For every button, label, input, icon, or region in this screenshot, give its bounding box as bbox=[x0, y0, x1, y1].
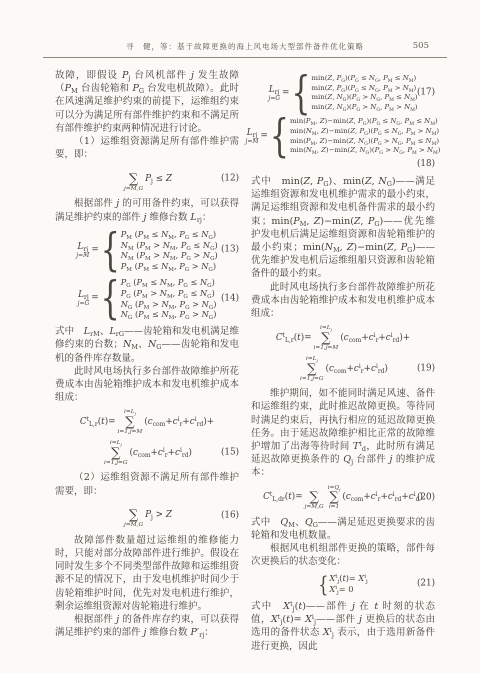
summation-symbol: i=Lj∑i=1,j=M bbox=[118, 409, 143, 435]
equation-number: (15) bbox=[221, 447, 239, 460]
summation-symbol: ∑j=M,G bbox=[124, 166, 143, 192]
equation: Lrjj=M={min(PM, Z)−min(Z, PG)(PG ≤ NG, P… bbox=[251, 117, 435, 155]
sum-lower-limit: j=M,G bbox=[305, 504, 324, 511]
cases-rows: PG (PM ≤ NM, PG ≤ NG)PG (PM > NM, PG ≤ N… bbox=[121, 277, 217, 320]
sigma-glyph: ∑ bbox=[309, 491, 318, 504]
sum-lower-limit: i=1 bbox=[329, 504, 339, 511]
math-text: CtL,r(t)= bbox=[276, 333, 312, 344]
equation: {Xtj(t)= XijXij= 0(21) bbox=[251, 573, 435, 595]
cases-label: Lrjj=M bbox=[246, 128, 259, 145]
cases-row: PG (PM ≤ NM, PG ≤ NG) bbox=[121, 277, 217, 288]
left-brace: { bbox=[101, 242, 120, 259]
left-brace: { bbox=[101, 290, 120, 307]
equation: CtL,r(t)= i=Lj∑i=1,j=M (ccom+cir+cird)+ bbox=[55, 409, 239, 435]
sigma-glyph: ∑ bbox=[125, 416, 134, 429]
cases-rows: PM (PM ≤ NM, PG ≤ NG)NM (PM > NM, PG ≤ N… bbox=[121, 229, 218, 272]
equation: i=Lj∑i=1,j=G (ccom+cir+cird)(19) bbox=[251, 356, 435, 382]
equals-sign: = bbox=[261, 131, 268, 142]
left-column: 故障，即假设 Pj 台风机部件 j 发生故障（PM 台齿轮箱和 PG 台发电机故… bbox=[55, 69, 239, 653]
equation: ∑j=M,G Pj > Z(16) bbox=[55, 503, 239, 529]
left-brace: { bbox=[318, 577, 328, 592]
sigma-glyph: ∑ bbox=[129, 173, 138, 186]
cases-row: NM (PM > NM, PG ≤ NG) bbox=[121, 240, 218, 251]
cases-rows: min(Z, PG)(PG ≤ NG, PM ≤ NM)min(Z, PG)(P… bbox=[312, 74, 418, 112]
cases-label-condition: j=M bbox=[76, 253, 89, 259]
cases-label: Lrjj=G bbox=[268, 85, 280, 102]
sigma-glyph: ∑ bbox=[129, 509, 138, 522]
paragraph: （1）运维组资源满足所有部件维护需要，即： bbox=[55, 135, 239, 161]
equation: i=Lj∑i=1,j=G (ccom+cir+cird)(15) bbox=[55, 440, 239, 466]
equation-number: (21) bbox=[417, 578, 435, 591]
cases-expression: Lrjj=M={min(PM, Z)−min(Z, PG)(PG ≤ NG, P… bbox=[246, 117, 441, 155]
math-text: (ccom+cir+cird+cid) bbox=[342, 492, 423, 503]
equation-body: CtL,r(t)= i=Lj∑i=1,j=M (ccom+cir+cird)+ bbox=[80, 409, 214, 435]
equals-sign: = bbox=[91, 245, 98, 256]
math-text: (ccom+cir+cird) bbox=[130, 448, 192, 459]
equation-body: Lrjj=M={min(PM, Z)−min(Z, PG)(PG ≤ NG, P… bbox=[246, 117, 441, 155]
cases-expression: Lrjj=G={PG (PM ≤ NM, PG ≤ NG)PG (PM > NM… bbox=[78, 277, 217, 320]
equation-body: CtL,dr(t)= ∑j=M,Gi=Qj∑i=1 (ccom+cir+cird… bbox=[263, 485, 423, 511]
sigma-glyph: ∑ bbox=[111, 447, 120, 460]
equation: CtL,r(t)= i=Lj∑i=1,j=M (ccom+cir+cird)+ bbox=[251, 325, 435, 351]
math-text: CtL,r(t)= bbox=[80, 417, 116, 428]
equals-sign: = bbox=[91, 293, 98, 304]
math-text: (ccom+cir+cird) bbox=[326, 364, 388, 375]
sum-lower-limit: j=M,G bbox=[124, 186, 143, 193]
header-rule bbox=[43, 57, 447, 58]
equation-number: (16) bbox=[221, 509, 239, 522]
math-text: Pj > Z bbox=[145, 510, 172, 521]
paragraph: 根据部件 j 的备件库存约束，可以获得满足维护约束的部件 j 维修台数 P′rj… bbox=[55, 613, 239, 639]
paragraph: 故障部件数量超过运维组的维修能力时，只能对部分故障部件进行维护。假设在同时发生多… bbox=[55, 534, 239, 613]
equation-body: ∑j=M,G Pj > Z bbox=[122, 503, 172, 529]
equation: CtL,dr(t)= ∑j=M,Gi=Qj∑i=1 (ccom+cir+cird… bbox=[251, 485, 435, 511]
paragraph: 此时风电场执行多台部件故障维护所花费成本由齿轮箱维护成本和发电机维护成本组成： bbox=[55, 365, 239, 405]
cases-row: min(Z, NG)(PG > NG, PM ≤ NM) bbox=[312, 93, 418, 103]
summation-symbol: i=Lj∑i=1,j=M bbox=[314, 325, 339, 351]
equation: ∑j=M,G Pj ≤ Z(12) bbox=[55, 166, 239, 192]
cases-row: min(Z, NG)(PG > NG, PM > NM) bbox=[312, 103, 418, 113]
paragraph: 维护期间，如不能同时满足风速、备件和运维组约束，此时推迟故障更换。等待同时满足约… bbox=[251, 387, 435, 479]
two-column-body: 故障，即假设 Pj 台风机部件 j 发生故障（PM 台齿轮箱和 PG 台发电机故… bbox=[55, 69, 435, 653]
equation-body: Lrjj=M={PM (PM ≤ NM, PG ≤ NG)NM (PM > NM… bbox=[76, 229, 217, 272]
left-brace: { bbox=[291, 85, 310, 102]
cases-row: PG (PM > NM, PG ≤ NG) bbox=[121, 288, 217, 299]
cases-row: min(Z, PG)(PG ≤ NG, PM > NM) bbox=[312, 84, 418, 94]
summation-symbol: i=Lj∑i=1,j=G bbox=[104, 440, 128, 466]
equation-body: Lrjj=G={min(Z, PG)(PG ≤ NG, PM ≤ NM)min(… bbox=[268, 74, 417, 112]
cases-expression: {Xtj(t)= XijXij= 0 bbox=[318, 573, 368, 595]
equation-body: i=Lj∑i=1,j=G (ccom+cir+cird) bbox=[102, 440, 192, 466]
math-text: Pj ≤ Z bbox=[145, 174, 172, 185]
cases-row: PM (PM ≤ NM, PG ≤ NG) bbox=[121, 229, 218, 240]
cases-label-condition: j=G bbox=[268, 96, 280, 102]
equation: Lrjj=G={PG (PM ≤ NM, PG ≤ NG)PG (PM > NM… bbox=[55, 277, 239, 320]
paragraph: 此时风电场执行多台部件故障维护所花费成本由齿轮箱维护成本和发电机维护成本组成： bbox=[251, 281, 435, 321]
sum-lower-limit: i=1,j=M bbox=[314, 345, 339, 352]
cases-row: min(PM, Z)−min(Z, NG)(PG > NG, PM ≤ NM) bbox=[290, 137, 440, 147]
summation-symbol: i=Qj∑i=1 bbox=[328, 485, 341, 511]
cases-row: Xij= 0 bbox=[329, 584, 367, 595]
equation-number: (19) bbox=[417, 363, 435, 376]
math-text: (ccom+cir+cird)+ bbox=[340, 333, 410, 344]
cases-rows: Xtj(t)= XijXij= 0 bbox=[329, 573, 367, 595]
cases-expression: Lrjj=M={PM (PM ≤ NM, PG ≤ NG)NM (PM > NM… bbox=[76, 229, 217, 272]
paragraph: 故障，即假设 Pj 台风机部件 j 发生故障（PM 台齿轮箱和 PG 台发电机故… bbox=[55, 69, 239, 135]
running-header: 寻 健，等：基于故障更换的海上风电场大型部件备件优化策略 505 bbox=[55, 40, 435, 53]
cases-row: NG (PM > NM, PG > NG) bbox=[121, 299, 217, 310]
cases-row: min(NM, Z)−min(Z, PG)(PG ≤ NG, PM > NM) bbox=[290, 127, 440, 137]
cases-row: NG (PM ≤ NM, PG > NG) bbox=[121, 309, 217, 320]
sum-lower-limit: i=1,j=G bbox=[104, 460, 128, 467]
sum-lower-limit: i=1,j=M bbox=[118, 429, 143, 436]
equation-number: (12) bbox=[221, 173, 239, 186]
cases-label: Lrjj=M bbox=[76, 242, 89, 259]
cases-label-condition: j=M bbox=[246, 139, 259, 145]
equation: Lrjj=G={min(Z, PG)(PG ≤ NG, PM ≤ NM)min(… bbox=[251, 74, 435, 112]
equation-body: Lrjj=G={PG (PM ≤ NM, PG ≤ NG)PG (PM > NM… bbox=[78, 277, 217, 320]
summation-symbol: i=Lj∑i=1,j=G bbox=[300, 356, 324, 382]
left-brace: { bbox=[270, 128, 289, 145]
sum-lower-limit: j=M,G bbox=[124, 522, 143, 529]
cases-rows: min(PM, Z)−min(Z, PG)(PG ≤ NG, PM ≤ NM)m… bbox=[290, 117, 440, 155]
cases-row: min(NM, Z)−min(Z, NG)(PG > NG, PM > NM) bbox=[290, 146, 440, 156]
running-head-title: 寻 健，等：基于故障更换的海上风电场大型部件备件优化策略 bbox=[126, 42, 364, 51]
equation-number: (13) bbox=[221, 244, 239, 257]
equation-body: i=Lj∑i=1,j=G (ccom+cir+cird) bbox=[298, 356, 388, 382]
paragraph: 式中 QM、QG——满足延迟更换要求的齿轮箱和发电机数量。 bbox=[251, 516, 435, 542]
cases-label-condition: j=G bbox=[78, 301, 90, 307]
summation-symbol: ∑j=M,G bbox=[305, 485, 324, 511]
paragraph: 式中 Xtj(t)——部件 j 在 t 时刻的状态值，Xtj(t)= Xij——… bbox=[251, 600, 435, 653]
cases-row: min(Z, PG)(PG ≤ NG, PM ≤ NM) bbox=[312, 74, 418, 84]
equation-body: CtL,r(t)= i=Lj∑i=1,j=M (ccom+cir+cird)+ bbox=[276, 325, 410, 351]
summation-symbol: ∑j=M,G bbox=[124, 503, 143, 529]
equation-body: ∑j=M,G Pj ≤ Z bbox=[122, 166, 172, 192]
math-text: (ccom+cir+cird)+ bbox=[144, 417, 214, 428]
right-column: Lrjj=G={min(Z, PG)(PG ≤ NG, PM ≤ NM)min(… bbox=[251, 69, 435, 653]
math-text: CtL,dr(t)= bbox=[263, 492, 302, 503]
equation-body: {Xtj(t)= XijXij= 0 bbox=[318, 573, 368, 595]
paragraph: 式中 min(Z, PG)、min(Z, NG)——满足运维组资源和发电机维护需… bbox=[251, 175, 435, 281]
equation-number: (17) bbox=[417, 87, 435, 100]
cases-row: PM (PM ≤ NM, PG > NG) bbox=[121, 261, 218, 272]
sigma-glyph: ∑ bbox=[321, 332, 330, 345]
cases-row: Xtj(t)= Xij bbox=[329, 573, 367, 584]
equation: Lrjj=M={PM (PM ≤ NM, PG ≤ NG)NM (PM > NM… bbox=[55, 229, 239, 272]
paragraph: （2）运维组资源不满足所有部件维护需要，即： bbox=[55, 471, 239, 497]
paragraph: 根据部件 j 的可用备件约束，可以获得满足维护约束的部件 j 维修台数 Lrj： bbox=[55, 197, 239, 223]
equals-sign: = bbox=[282, 88, 289, 99]
cases-label: Lrjj=G bbox=[78, 290, 90, 307]
cases-row: NM (PM > NM, PG > NG) bbox=[121, 250, 218, 261]
sigma-glyph: ∑ bbox=[307, 363, 316, 376]
equation-number: (20) bbox=[417, 491, 435, 504]
cases-row: min(PM, Z)−min(Z, PG)(PG ≤ NG, PM ≤ NM) bbox=[290, 117, 440, 127]
paragraph: 式中 LrM、LrG——齿轮箱和发电机满足维修约束的台数；NM、NG——齿轮箱和… bbox=[55, 325, 239, 365]
equation-number: (14) bbox=[221, 292, 239, 305]
page-number: 505 bbox=[413, 40, 429, 53]
sum-lower-limit: i=1,j=G bbox=[300, 376, 324, 383]
paper-page: 寻 健，等：基于故障更换的海上风电场大型部件备件优化策略 505 故障，即假设 … bbox=[0, 0, 480, 673]
sigma-glyph: ∑ bbox=[329, 491, 338, 504]
cases-expression: Lrjj=G={min(Z, PG)(PG ≤ NG, PM ≤ NM)min(… bbox=[268, 74, 417, 112]
paragraph: 根据风电机组部件更换的策略，部件每次更换后的状态变化： bbox=[251, 542, 435, 568]
